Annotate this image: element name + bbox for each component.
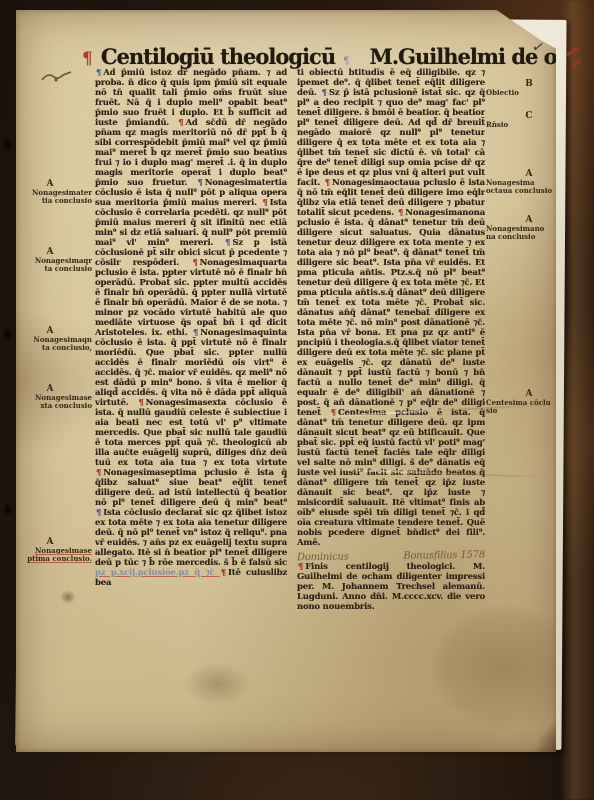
handwriting-name-left: Dominicus <box>297 552 349 564</box>
margin-note: ANonagesimase xta conclusio <box>22 385 92 410</box>
ink-spot <box>60 590 76 604</box>
pilcrow-blue-icon: ¶ <box>197 178 205 188</box>
margin-note-text: Nonagesima octaua conclusio <box>486 178 552 195</box>
margin-note: ANonagesima octaua conclusio <box>486 170 558 195</box>
pilcrow-red-icon: ¶ <box>297 562 305 572</box>
text-section: ¶Nonagesimaquinta cōclusio ē ista. q̄ pp… <box>95 328 287 408</box>
sewing-stitch <box>5 330 10 339</box>
parchment-page: ¶ Centilogiū theologicū ¶ M.Guilhelmi de… <box>16 10 556 752</box>
text-section: pz p.xcij.pclusiōe.pz q̄ ⁊c̄ <box>95 568 220 578</box>
rubric-pilcrow-icon: ¶ <box>82 49 93 69</box>
text-column-right: ti obiectū btitudīs ē eq̄ diligibile. qz… <box>297 68 485 680</box>
margin-note-text: Nonagesimase xta conclusio <box>35 393 92 410</box>
text-section: ¶Sz p̄ istā pclusionē istat̄ sic. qz q̄ … <box>297 88 485 188</box>
margin-note-text: Nonagesimase ptima conclusio. <box>27 546 92 563</box>
margin-note-text: Nonagesimano na conclusio <box>486 224 544 241</box>
book-photograph: ¶ Centilogiū theologicū ¶ M.Guilhelmi de… <box>0 0 594 800</box>
text-section: ¶Centesima pclusio ē ista. q̄ dānat⁹ tm̄… <box>297 408 485 548</box>
margin-note: BObiectio <box>486 80 558 97</box>
text-section: ¶Nonagesimaseptima pclusio ē ista q̄ q̄l… <box>95 468 287 508</box>
pilcrow-blue-icon: ¶ <box>321 88 329 98</box>
text-column-left: ¶Ad p̄miū istoz dr̄ negādo pn̄am. ⁊ ad p… <box>95 68 287 680</box>
colophon: ¶Finis centilogij theologici. M. Guilhel… <box>297 562 485 612</box>
margin-note: CRn̄sio <box>486 112 558 129</box>
margin-note: ANonagesimater tia conclusio <box>22 180 92 205</box>
pilcrow-red-icon: ¶ <box>261 198 269 208</box>
text-section: ¶Nonagesimanona pclusio ē ista. q̄ dānat… <box>297 208 485 418</box>
margin-note-text: Nonagesimater tia conclusio <box>32 188 92 205</box>
margin-note: ACentesima cōclu sio <box>486 390 558 415</box>
pilcrow-red-icon: ¶ <box>220 568 228 578</box>
sewing-stitch <box>5 140 10 149</box>
pilcrow-red-icon: ¶ <box>177 118 185 128</box>
margin-note: ANonagesimase ptima conclusio. <box>22 538 92 563</box>
margin-note-text: Nonagesimaqn ta conclusio, <box>33 335 92 352</box>
margin-note: ANonagesimaqr ta conclusio <box>22 248 92 273</box>
pilcrow-red-icon: ¶ <box>95 468 103 478</box>
running-title-left: Centilogiū theologicū <box>101 44 335 69</box>
blue-pilcrow-icon: ¶ <box>343 56 349 67</box>
margin-note-text: Centesima cōclu sio <box>486 398 551 415</box>
running-title: ¶ Centilogiū theologicū ¶ M.Guilhelmi de… <box>82 44 522 69</box>
handwriting-name-right: Bonusfilius 1578 <box>403 550 485 562</box>
text-section: ¶Nonagesimaquarta pclusio ē ista. ppter … <box>95 258 287 338</box>
pilcrow-blue-icon: ¶ <box>192 328 200 338</box>
margin-note-text: Nonagesimaqr ta conclusio <box>35 256 92 273</box>
margin-note-text: Obiectio <box>486 88 519 97</box>
margin-note: ANonagesimaqn ta conclusio, <box>22 327 92 352</box>
sewing-stitch <box>5 505 10 514</box>
pilcrow-blue-icon: ¶ <box>224 238 232 248</box>
pilcrow-blue-icon: ¶ <box>95 508 103 518</box>
text-section: ¶Ista cōclusio declarat̄ sic qz q̄libet … <box>95 508 287 568</box>
pilcrow-red-icon: ¶ <box>324 178 332 188</box>
pilcrow-red-icon: ¶ <box>137 398 145 408</box>
pilcrow-red-icon: ¶ <box>191 258 199 268</box>
margin-note: ANonagesimano na conclusio <box>486 216 558 241</box>
pilcrow-red-icon: ¶ <box>397 208 405 218</box>
pilcrow-blue-icon: ¶ <box>95 68 103 78</box>
margin-note-text: Rn̄sio <box>486 120 508 129</box>
handwritten-squiggle <box>40 68 74 86</box>
